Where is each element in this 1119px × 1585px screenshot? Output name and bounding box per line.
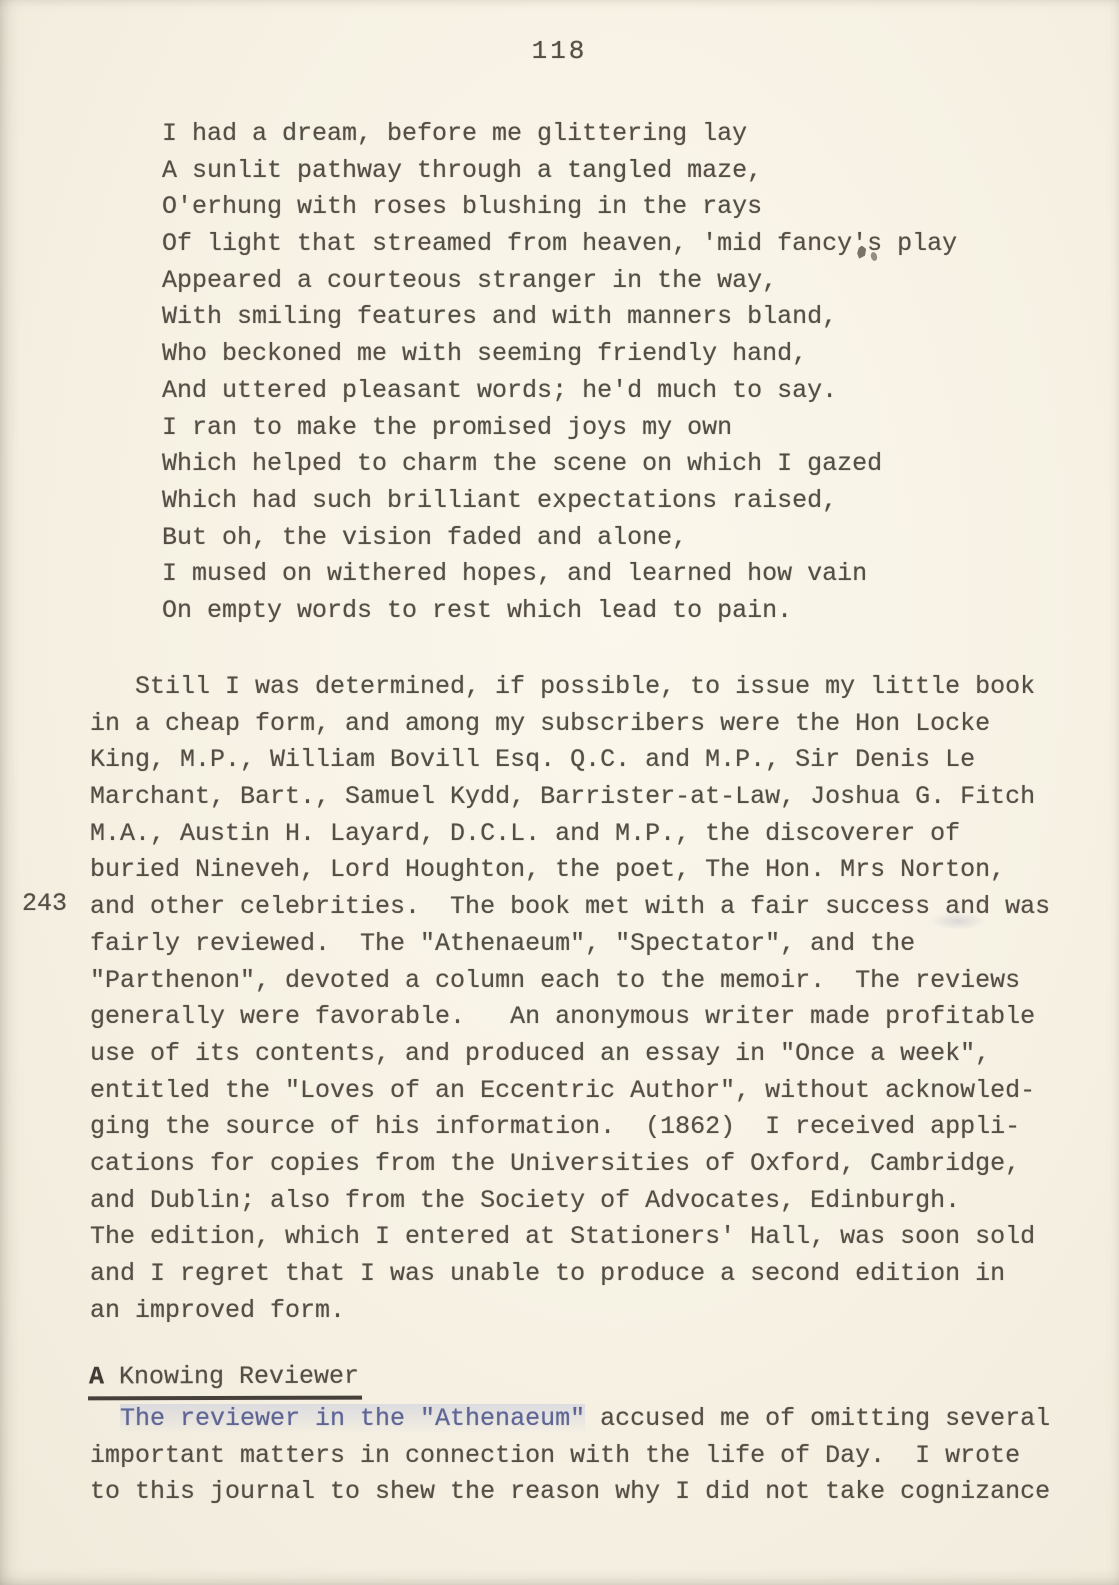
poem-line: Which had such brilliant expectations ra… bbox=[162, 483, 957, 520]
paragraph-line: and Dublin; also from the Society of Adv… bbox=[90, 1183, 1050, 1220]
poem-line: And uttered pleasant words; he'd much to… bbox=[162, 373, 957, 410]
poem-line: Which helped to charm the scene on which… bbox=[162, 446, 957, 483]
poem-line: But oh, the vision faded and alone, bbox=[162, 520, 957, 557]
poem-line: With smiling features and with manners b… bbox=[162, 299, 957, 336]
poem-line: I ran to make the promised joys my own bbox=[162, 410, 957, 447]
paragraph-line: generally were favorable. An anonymous w… bbox=[90, 999, 1050, 1036]
paragraph-line: in a cheap form, and among my subscriber… bbox=[90, 706, 1050, 743]
heading-text: Knowing Reviewer bbox=[104, 1362, 359, 1392]
poem-line: Who beckoned me with seeming friendly ha… bbox=[162, 336, 957, 373]
paragraph-line: Marchant, Bart., Samuel Kydd, Barrister-… bbox=[90, 779, 1050, 816]
reviewer-paragraph: The reviewer in the "Athenaeum" accused … bbox=[90, 1401, 1050, 1511]
paragraph-line: buried Nineveh, Lord Houghton, the poet,… bbox=[90, 852, 1050, 889]
paragraph-line: and other celebrities. The book met with… bbox=[90, 889, 1050, 926]
paragraph-line: "Parthenon", devoted a column each to th… bbox=[90, 963, 1050, 1000]
paragraph-line: ging the source of his information. (186… bbox=[90, 1109, 1050, 1146]
poem-line: I had a dream, before me glittering lay bbox=[162, 116, 957, 153]
erasure-smudge bbox=[930, 912, 986, 930]
poem-line: I mused on withered hopes, and learned h… bbox=[162, 556, 957, 593]
page-number: 118 bbox=[0, 36, 1119, 66]
poem-line: Appeared a courteous stranger in the way… bbox=[162, 263, 957, 300]
poem-line: A sunlit pathway through a tangled maze, bbox=[162, 153, 957, 190]
heading-initial: A bbox=[89, 1362, 104, 1391]
paragraph-line: The edition, which I entered at Statione… bbox=[90, 1219, 1050, 1256]
paragraph-text: accused me of omitting several bbox=[585, 1404, 1050, 1433]
margin-page-reference: 243 bbox=[22, 889, 67, 918]
paragraph-line: an improved form. bbox=[90, 1293, 1050, 1330]
poem-line: Of light that streamed from heaven, 'mid… bbox=[162, 226, 957, 263]
section-heading: A Knowing Reviewer bbox=[88, 1362, 362, 1401]
paragraph-line: to this journal to shew the reason why I… bbox=[90, 1474, 1050, 1511]
scanned-document-page: 118 I had a dream, before me glittering … bbox=[0, 0, 1119, 1585]
paragraph-line: and I regret that I was unable to produc… bbox=[90, 1256, 1050, 1293]
paragraph-line: M.A., Austin H. Layard, D.C.L. and M.P.,… bbox=[90, 816, 1050, 853]
heading-underline: A Knowing Reviewer bbox=[88, 1362, 362, 1401]
paragraph-line: use of its contents, and produced an ess… bbox=[90, 1036, 1050, 1073]
poem-line: O'erhung with roses blushing in the rays bbox=[162, 189, 957, 226]
paragraph-line: fairly reviewed. The "Athenaeum", "Spect… bbox=[90, 926, 1050, 963]
paragraph-line: cations for copies from the Universities… bbox=[90, 1146, 1050, 1183]
paragraph-line: Still I was determined, if possible, to … bbox=[90, 669, 1050, 706]
paragraph-line: The reviewer in the "Athenaeum" accused … bbox=[90, 1401, 1050, 1438]
poem-block: I had a dream, before me glittering lay … bbox=[162, 116, 957, 630]
paragraph-line: King, M.P., William Bovill Esq. Q.C. and… bbox=[90, 742, 1050, 779]
poem-line: On empty words to rest which lead to pai… bbox=[162, 593, 957, 630]
memoir-paragraph: Still I was determined, if possible, to … bbox=[90, 669, 1050, 1329]
paragraph-line: entitled the "Loves of an Eccentric Auth… bbox=[90, 1073, 1050, 1110]
paragraph-line: important matters in connection with the… bbox=[90, 1438, 1050, 1475]
blue-ink-phrase: The reviewer in the "Athenaeum" bbox=[120, 1404, 585, 1433]
